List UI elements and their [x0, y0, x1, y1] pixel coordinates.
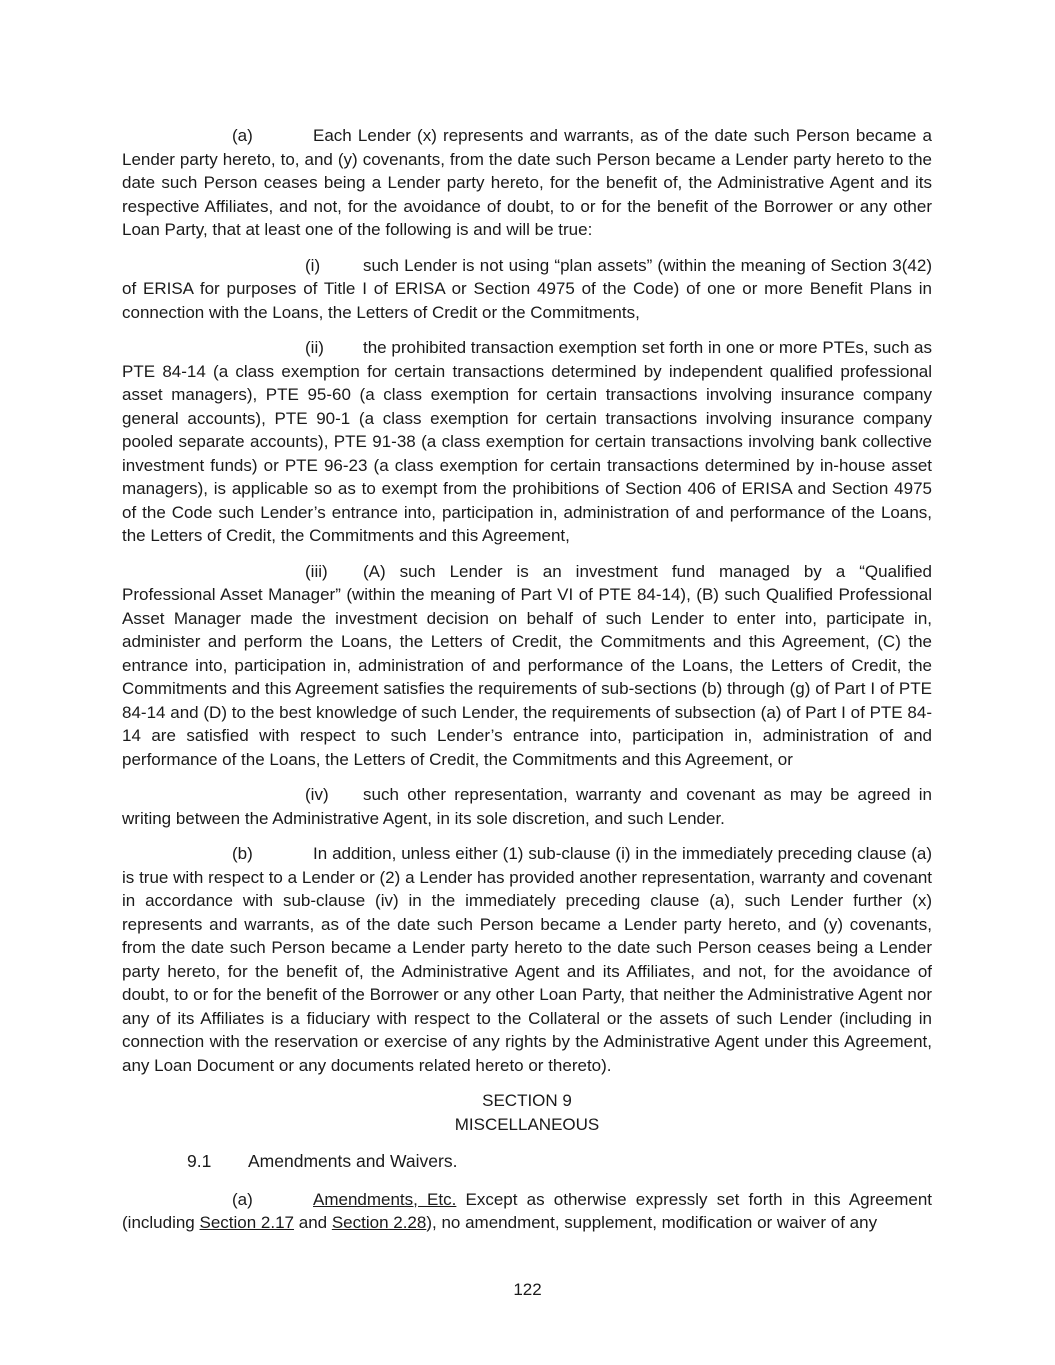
- amendments-seg3: ), no amendment, supplement, modificatio…: [426, 1213, 877, 1232]
- subsection-number: 9.1: [187, 1150, 248, 1174]
- clause-label-b: (b): [232, 842, 313, 866]
- clause-label-i: (i): [305, 254, 363, 278]
- amendments-heading: Amendments, Etc.: [313, 1190, 456, 1209]
- clause-label-iv: (iv): [305, 783, 363, 807]
- clause-label-a: (a): [232, 124, 313, 148]
- paragraph-ii-text: the prohibited transaction exemption set…: [122, 338, 932, 545]
- document-body: (a)Each Lender (x) represents and warran…: [122, 124, 932, 1247]
- paragraph-b: (b)In addition, unless either (1) sub-cl…: [122, 842, 932, 1077]
- paragraph-iv: (iv)such other representation, warranty …: [122, 783, 932, 830]
- clause-label-ii: (ii): [305, 336, 363, 360]
- paragraph-i-text: such Lender is not using “plan assets” (…: [122, 256, 932, 322]
- paragraph-iii: (iii)(A) such Lender is an investment fu…: [122, 560, 932, 772]
- paragraph-ii: (ii)the prohibited transaction exemption…: [122, 336, 932, 548]
- subsection-9-1: 9.1Amendments and Waivers.: [122, 1150, 932, 1174]
- paragraph-i: (i)such Lender is not using “plan assets…: [122, 254, 932, 325]
- section-ref-2-17: Section 2.17: [200, 1213, 295, 1232]
- clause-label-iii: (iii): [305, 560, 363, 584]
- paragraph-a: (a)Each Lender (x) represents and warran…: [122, 124, 932, 242]
- paragraph-iii-text: (A) such Lender is an investment fund ma…: [122, 562, 932, 769]
- paragraph-amendments: (a)Amendments, Etc. Except as otherwise …: [122, 1188, 932, 1235]
- paragraph-iv-text: such other representation, warranty and …: [122, 785, 932, 828]
- section-heading-line1: SECTION 9: [122, 1089, 932, 1113]
- section-ref-2-28: Section 2.28: [332, 1213, 427, 1232]
- document-page: (a)Each Lender (x) represents and warran…: [0, 0, 1055, 1365]
- section-heading: SECTION 9 MISCELLANEOUS: [122, 1089, 932, 1136]
- page-number: 122: [0, 1278, 1055, 1302]
- subsection-title: Amendments and Waivers.: [248, 1151, 457, 1171]
- section-heading-line2: MISCELLANEOUS: [122, 1113, 932, 1137]
- clause-label-amendments: (a): [232, 1188, 313, 1212]
- paragraph-b-text: In addition, unless either (1) sub-claus…: [122, 844, 932, 1075]
- amendments-seg2: and: [294, 1213, 332, 1232]
